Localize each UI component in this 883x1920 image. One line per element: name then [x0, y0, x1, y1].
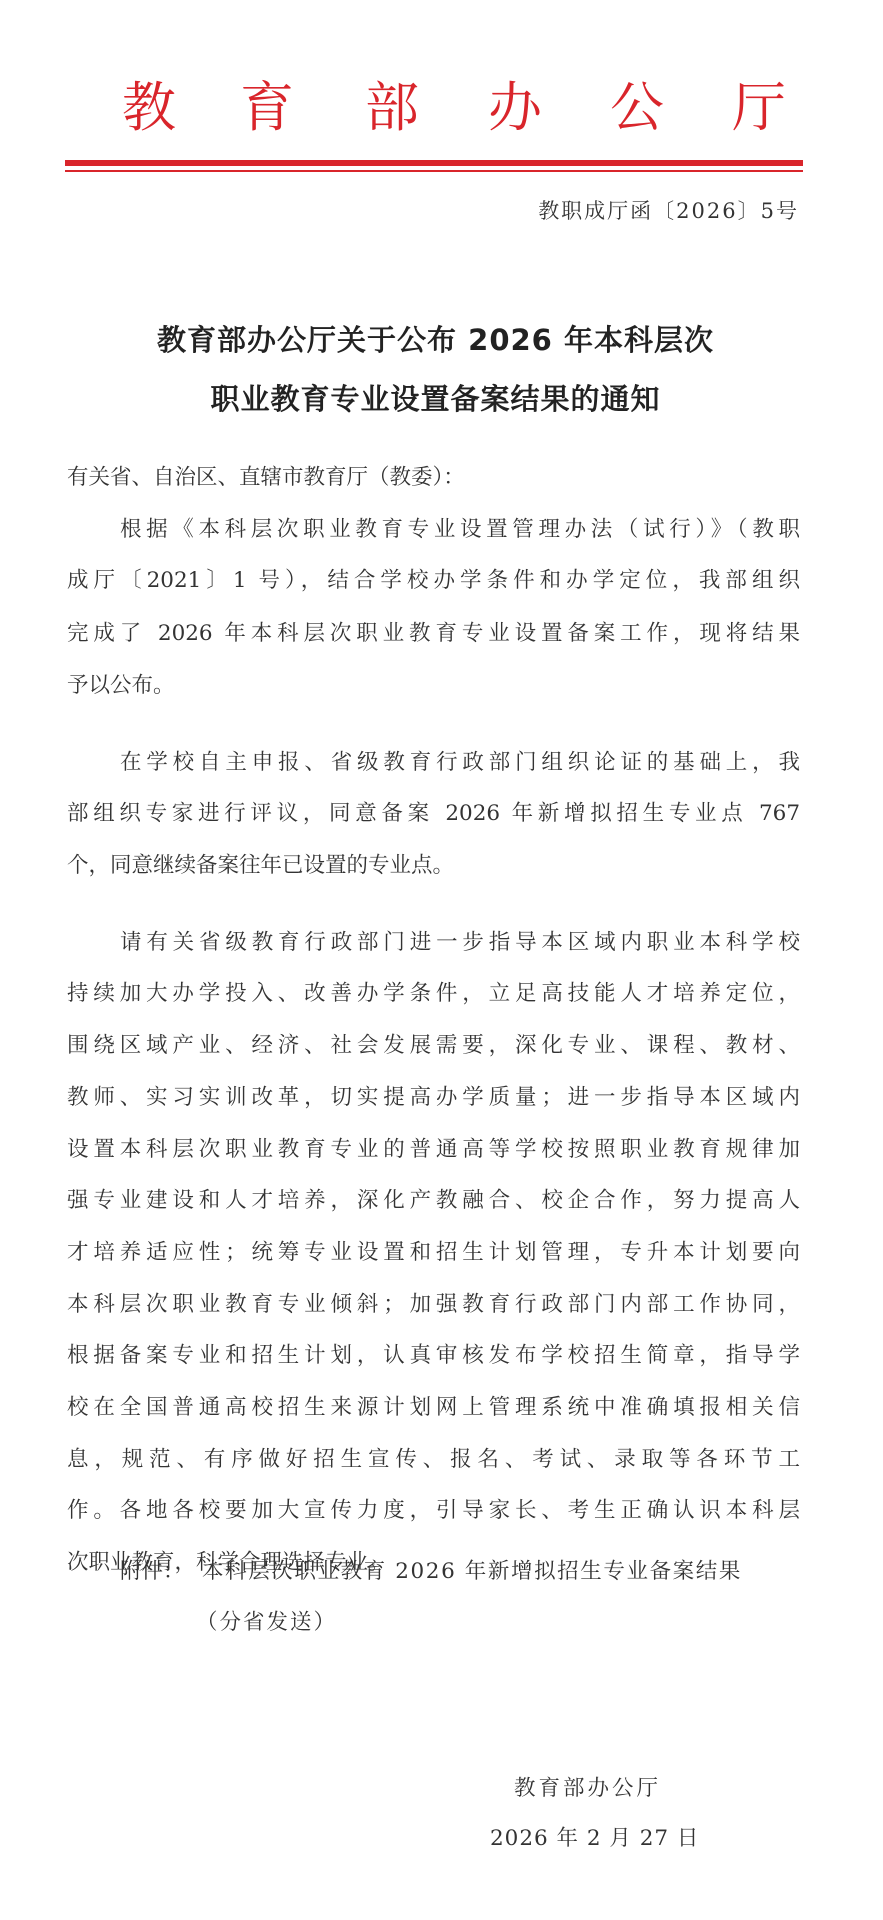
document-title-line-1: 教育部办公厅关于公布 2026 年本科层次 [0, 322, 877, 358]
signature-issuer: 教育部办公厅 [514, 1774, 661, 1804]
attachment-note: （分省发送） [196, 1608, 337, 1638]
paragraph-3-line: 设置本科层次职业教育专业的普通高等学校按照职业教育规律加 [67, 1135, 800, 1165]
document-title-line-2: 职业教育专业设置备案结果的通知 [0, 381, 877, 417]
paragraph-3-line: 持续加大办学投入、改善办学条件，立足高技能人才培养定位， [67, 979, 800, 1009]
attachment-label: 附件： [120, 1557, 185, 1587]
paragraph-3-line: 作。各地各校要加大宣传力度，引导家长、考生正确认识本科层 [67, 1496, 800, 1526]
paragraph-3-line: 校在全国普通高校招生来源计划网上管理系统中准确填报相关信 [67, 1393, 800, 1423]
paragraph-2-line: 个，同意继续备案往年已设置的专业点。 [67, 851, 800, 881]
signature-date: 2026 年 2 月 27 日 [490, 1824, 699, 1854]
masthead-char: 公 [610, 78, 664, 138]
paragraph-3-line: 本科层次职业教育专业倾斜；加强教育行政部门内部工作协同， [67, 1290, 800, 1320]
masthead-char: 厅 [732, 78, 786, 138]
paragraph-2-line: 部组织专家进行评议，同意备案 2026 年新增拟招生专业点 767 [67, 799, 800, 829]
paragraph-3-line: 才培养适应性；统筹专业设置和招生计划管理，专升本计划要向 [67, 1238, 800, 1268]
masthead-rule-thin [65, 170, 803, 172]
paragraph-3-line: 教师、实习实训改革，切实提高办学质量；进一步指导本区域内 [67, 1083, 800, 1113]
document-number: 教职成厅函〔2026〕5号 [538, 198, 799, 224]
paragraph-2-line: 在学校自主申报、省级教育行政部门组织论证的基础上，我 [120, 748, 800, 778]
attachment-title: 本科层次职业教育 2026 年新增拟招生专业备案结果 [202, 1557, 742, 1587]
paragraph-1-line: 完成了 2026 年本科层次职业教育专业设置备案工作，现将结果 [67, 619, 800, 649]
salutation: 有关省、自治区、直辖市教育厅（教委）： [67, 463, 800, 493]
paragraph-3-line: 根据备案专业和招生计划，认真审核发布学校招生简章，指导学 [67, 1341, 800, 1371]
masthead-char: 教 [122, 78, 176, 138]
masthead-char: 育 [240, 78, 294, 138]
paragraph-1-line: 予以公布。 [67, 671, 800, 701]
paragraph-1-line: 成厅〔2021〕1 号），结合学校办学条件和办学定位，我部组织 [67, 566, 800, 596]
masthead-char: 办 [488, 78, 542, 138]
masthead: 教 育 部 办 公 厅 [0, 78, 883, 138]
paragraph-3-line: 请有关省级教育行政部门进一步指导本区域内职业本科学校 [120, 928, 800, 958]
paragraph-3-line: 围绕区域产业、经济、社会发展需要，深化专业、课程、教材、 [67, 1031, 800, 1061]
document-page: 教 育 部 办 公 厅 教职成厅函〔2026〕5号 教育部办公厅关于公布 202… [0, 0, 883, 1920]
paragraph-1-line: 根据《本科层次职业教育专业设置管理办法（试行）》（教职 [120, 515, 800, 545]
masthead-char: 部 [365, 78, 419, 138]
paragraph-3-line: 强专业建设和人才培养，深化产教融合、校企合作，努力提高人 [67, 1186, 800, 1216]
masthead-rule-thick [65, 160, 803, 166]
paragraph-3-line: 息，规范、有序做好招生宣传、报名、考试、录取等各环节工 [67, 1445, 800, 1475]
